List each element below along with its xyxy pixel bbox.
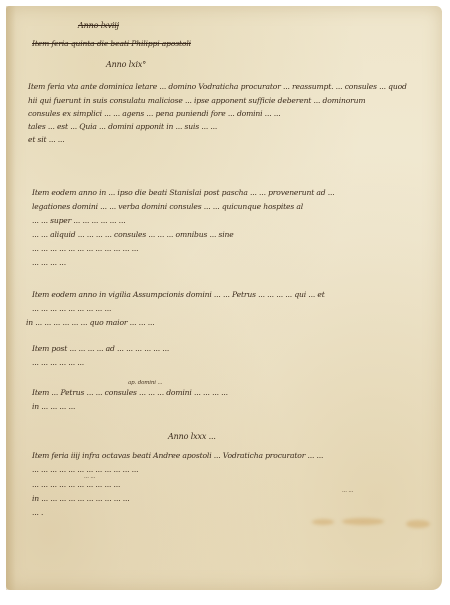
text-line: ... . [32, 509, 43, 517]
text-line: hii qui fuerunt in suis consulatu malici… [28, 97, 365, 105]
text-line: ... ... ... ... [32, 259, 66, 267]
interlinear-gloss: ap. domini ... [128, 381, 162, 387]
text-line: tales ... est ... Quia ... domini apponi… [28, 123, 217, 131]
text-line: ... ... ... ... ... ... ... ... ... ... … [32, 466, 138, 474]
manuscript-page: Anno lxviij Item feria quinta die beati … [6, 6, 442, 590]
text-line: Item ... Petrus ... ... consules ... ...… [32, 389, 228, 397]
water-stain [406, 520, 430, 528]
text-line: in ... ... ... ... ... ... ... ... ... .… [32, 495, 130, 503]
text-line: Item post ... ... ... ... ad ... ... ...… [32, 345, 169, 353]
page-edge-shadow [6, 6, 16, 590]
text-line: consules ex simplici ... ... agens ... p… [28, 110, 281, 118]
text-line: ... ... ... ... ... ... ... ... ... ... [32, 481, 120, 489]
text-line: ... ... aliquid ... ... ... ... consules… [32, 231, 234, 239]
text-line: Item feria vta ante dominica letare ... … [28, 83, 407, 91]
text-line: Item eodem anno in ... ipso die beati St… [32, 189, 335, 197]
text-line: et sit ... ... [28, 136, 65, 144]
text-line: legationes domini ... ... verba domini c… [32, 203, 303, 211]
water-stain [342, 518, 384, 525]
text-line: in ... ... ... ... ... ... quo maior ...… [26, 319, 155, 327]
year-heading: Anno lxix° [106, 61, 146, 69]
text-line: ... ... ... ... ... ... [32, 359, 84, 367]
text-line: Item eodem anno in vigilia Assumpcionis … [32, 291, 325, 299]
water-stain [312, 519, 334, 525]
interlinear-gloss: ... ... [342, 489, 353, 495]
text-line: Item feria iiij infra octavas beati Andr… [32, 452, 323, 460]
text-line: in ... ... ... ... [32, 403, 75, 411]
text-line: ... ... super ... ... ... ... ... ... [32, 217, 125, 225]
struck-heading: Anno lxviij [78, 22, 119, 30]
struck-line: Item feria quinta die beati Philippi apo… [32, 40, 191, 48]
text-line: ... ... ... ... ... ... ... ... ... [32, 305, 111, 313]
year-heading: Anno lxxx ... [168, 433, 216, 441]
text-line: ... ... ... ... ... ... ... ... ... ... … [32, 245, 138, 253]
